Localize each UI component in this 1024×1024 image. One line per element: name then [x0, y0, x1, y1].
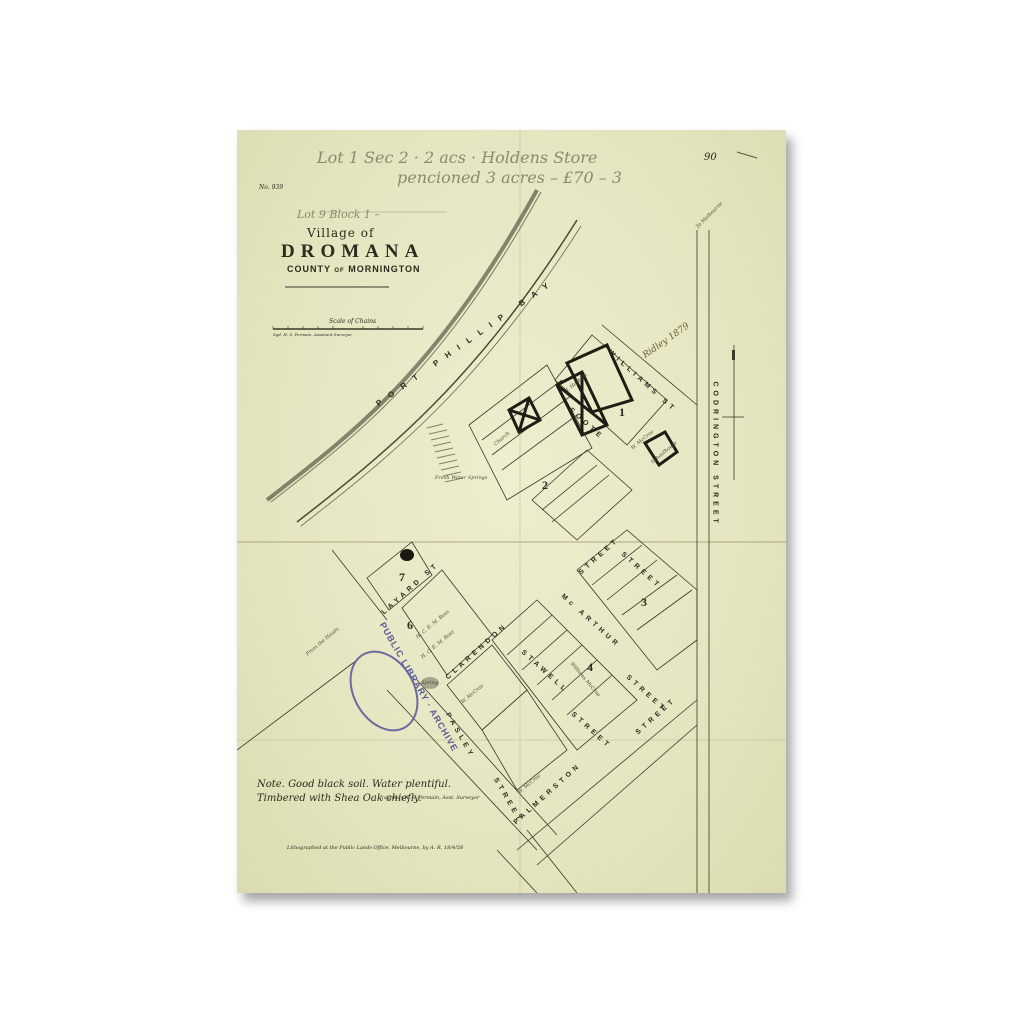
handwritten-note-line1: Lot 1 Sec 2 · 2 acs · Holdens Store	[317, 148, 597, 167]
scale-label: Scale of Chains	[329, 318, 376, 325]
county-of: OF	[334, 268, 344, 274]
handwritten-note-line2: pencioned 3 acres – £70 – 3	[397, 168, 622, 187]
handwritten-lot-note: Lot 9 Block 1 –	[297, 208, 380, 221]
section-1: 1	[619, 405, 625, 420]
street-codrington: CODRINGTON STREET	[712, 382, 719, 527]
page-number: 90	[704, 152, 717, 163]
map-sheet: No. 939 Lot 1 Sec 2 · 2 acs · Holdens St…	[237, 130, 786, 893]
county-prefix: COUNTY	[287, 264, 331, 274]
note-signature: (signed) H. S. Permain, Asst. Surveyor	[382, 795, 479, 801]
fresh-springs-label: Fresh Water Springs	[435, 475, 487, 481]
section-2: 2	[542, 478, 548, 493]
section-3: 3	[641, 595, 647, 610]
map-title-village: Village of	[307, 226, 374, 240]
map-note: Note. Good black soil. Water plentiful. …	[257, 778, 457, 806]
section-4: 4	[587, 660, 593, 675]
catalogue-number: No. 939	[259, 184, 283, 191]
lithograph-credit: Lithographed at the Public Lands Office,…	[287, 845, 463, 851]
county-name: MORNINGTON	[348, 264, 420, 274]
map-county: COUNTY OF MORNINGTON	[287, 264, 421, 274]
scale-credit: Sgd. H. S. Permain, Assistant Surveyor	[273, 332, 352, 337]
section-6: 6	[407, 618, 413, 633]
section-7: 7	[399, 570, 405, 585]
map-title: DROMANA	[281, 241, 424, 263]
